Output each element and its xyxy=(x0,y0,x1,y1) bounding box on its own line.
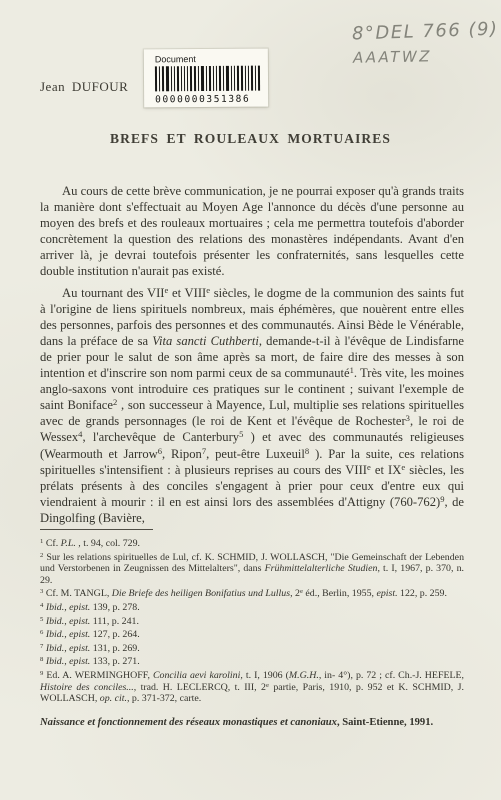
barcode-bar xyxy=(206,66,207,91)
text-run: , trad. H. LECLERCQ, t. III, 2 xyxy=(134,682,266,693)
footnote: 1 Cf. P.L. , t. 94, col. 729. xyxy=(40,538,464,550)
barcode-bar xyxy=(190,66,192,91)
footnote-marker: 2 xyxy=(40,552,43,559)
footnote-marker: 5 xyxy=(40,616,43,623)
footnote: 9 Ed. A. WERMINGHOFF, Concilia aevi karo… xyxy=(40,670,464,705)
text-run: Ed. A. WERMINGHOFF, xyxy=(46,670,153,681)
text-run: 122, p. 259. xyxy=(398,588,447,599)
footnote-marker: 1 xyxy=(40,538,43,545)
barcode-bar xyxy=(177,66,179,91)
text-run: , t. 94, col. 729. xyxy=(76,538,140,549)
barcode-bar xyxy=(231,66,232,91)
footnote-marker: 7 xyxy=(40,643,43,650)
text-run: epist. xyxy=(69,643,90,654)
barcode-bar xyxy=(184,66,185,91)
barcode-bar xyxy=(234,66,235,91)
text-run: epist. xyxy=(69,629,90,640)
text-run: , t. I, 1906 ( xyxy=(240,670,289,681)
barcode-bar xyxy=(201,66,204,91)
text-run: , Saint-Etienne, 1991. xyxy=(337,717,433,728)
text-run: 133, p. 271. xyxy=(90,656,139,667)
barcode-bar xyxy=(226,66,229,91)
footnote-marker: 3 xyxy=(40,588,43,595)
text-run: Concilia aevi karolini xyxy=(153,670,240,681)
barcode-bar xyxy=(198,66,199,91)
text-run: , p. 371-372, carte. xyxy=(127,693,201,704)
barcode-bar xyxy=(245,66,246,91)
text-run: , 2 xyxy=(290,588,300,599)
footnote: 2 Sur les relations spirituelles de Lul,… xyxy=(40,552,464,587)
text-run: epist. xyxy=(69,602,90,613)
text-run: Cf. M. TANGL, xyxy=(46,588,112,599)
paragraph: Au tournant des VIIe et VIIIe siècles, l… xyxy=(40,285,464,526)
footnote: 3 Cf. M. TANGL, Die Briefe des heiligen … xyxy=(40,588,464,600)
barcode-bar xyxy=(181,66,182,91)
footnote: 7 Ibid., epist. 131, p. 269. xyxy=(40,643,464,655)
barcode-bar xyxy=(216,66,217,91)
text-run: , peut-être Luxeuil xyxy=(206,447,305,461)
text-run: op. cit. xyxy=(100,693,127,704)
text-run: epist. xyxy=(376,588,397,599)
footnote-marker: 8 xyxy=(40,656,43,663)
barcode-bar xyxy=(248,66,249,91)
barcode-caption: Document xyxy=(155,54,268,65)
barcode-bar xyxy=(255,66,256,91)
text-run: Ibid. xyxy=(46,629,64,640)
barcode-bar xyxy=(194,66,196,91)
footnote-marker: 4 xyxy=(40,602,43,609)
barcode-bar xyxy=(171,66,172,91)
barcode-bar xyxy=(159,66,160,91)
text-run: 111, p. 241. xyxy=(90,616,139,627)
text-run: et IX xyxy=(371,463,402,477)
footnote-marker: 6 xyxy=(40,629,43,636)
barcode-bar xyxy=(219,66,221,91)
barcode-bar xyxy=(237,66,239,91)
colophon-line: Naissance et fonctionnement des réseaux … xyxy=(40,716,464,729)
text-run: Histoire des conciles... xyxy=(40,682,134,693)
text-run: Ibid. xyxy=(46,616,64,627)
text-run: 131, p. 269. xyxy=(90,643,139,654)
footnote-marker: 9 xyxy=(40,670,43,677)
footnotes: 1 Cf. P.L. , t. 94, col. 729.2 Sur les r… xyxy=(40,538,464,707)
scanned-page: Jean DUFOUR Document 0000000351386 8°DEL… xyxy=(0,0,501,800)
text-run: 127, p. 264. xyxy=(90,629,139,640)
text-run: P.L. xyxy=(61,538,76,549)
text-run: Ibid. xyxy=(46,602,64,613)
text-run: epist. xyxy=(69,616,90,627)
text-run: Au cours de cette brève communication, j… xyxy=(40,184,464,278)
text-run: Au tournant des VII xyxy=(62,286,165,300)
paragraph: Au cours de cette brève communication, j… xyxy=(40,183,464,280)
barcode-bar xyxy=(241,66,243,91)
page-title: BREFS ET ROULEAUX MORTUAIRES xyxy=(0,131,501,147)
text-run: M.G.H. xyxy=(289,670,319,681)
text-run: , Ripon xyxy=(162,447,202,461)
barcode-bar xyxy=(209,66,211,91)
footnote: 4 Ibid., epist. 139, p. 278. xyxy=(40,602,464,614)
text-run: Vita sancti Cuthberti xyxy=(152,334,259,348)
handwritten-shelfmark: 8°DEL 766 (9) xyxy=(352,18,499,44)
barcode-bar xyxy=(213,66,214,91)
footnote: 5 Ibid., epist. 111, p. 241. xyxy=(40,616,464,628)
barcode-label: Document 0000000351386 xyxy=(144,49,268,108)
barcode-bar xyxy=(174,66,175,91)
footnote: 6 Ibid., epist. 127, p. 264. xyxy=(40,629,464,641)
barcode-number: 0000000351386 xyxy=(155,94,268,106)
handwritten-code: AAATWZ xyxy=(353,47,432,66)
text-run: epist. xyxy=(69,656,90,667)
author-name: Jean DUFOUR xyxy=(40,79,128,95)
barcode-bar xyxy=(155,66,157,91)
text-run: , in- 4°), p. 72 ; cf. Ch.-J. HEFELE, xyxy=(319,670,464,681)
text-run: Naissance et fonctionnement des réseaux … xyxy=(40,717,337,728)
barcode-bar xyxy=(162,66,164,91)
text-run: 139, p. 278. xyxy=(90,602,139,613)
text-run: Ibid. xyxy=(46,643,64,654)
text-run: et VIII xyxy=(168,286,206,300)
text-run: Die Briefe des heiligen Bonifatius und L… xyxy=(112,588,290,599)
barcode-bar xyxy=(223,66,224,91)
barcode-bar xyxy=(187,66,188,91)
barcode-bar xyxy=(166,66,169,91)
barcode-bar xyxy=(258,66,260,91)
barcode-bar xyxy=(251,66,253,91)
text-run: Ibid. xyxy=(46,656,64,667)
footnote-separator xyxy=(40,529,153,530)
barcode-icon xyxy=(155,66,262,92)
body-paragraphs: Au cours de cette brève communication, j… xyxy=(40,183,464,531)
footnote: 8 Ibid., epist. 133, p. 271. xyxy=(40,656,464,668)
text-run: , l'archevêque de Canterbury xyxy=(82,430,239,444)
text-run: Cf. xyxy=(46,538,61,549)
text-run: Frühmittelalterliche Studien xyxy=(265,563,378,574)
text-run: éd., Berlin, 1955, xyxy=(303,588,377,599)
